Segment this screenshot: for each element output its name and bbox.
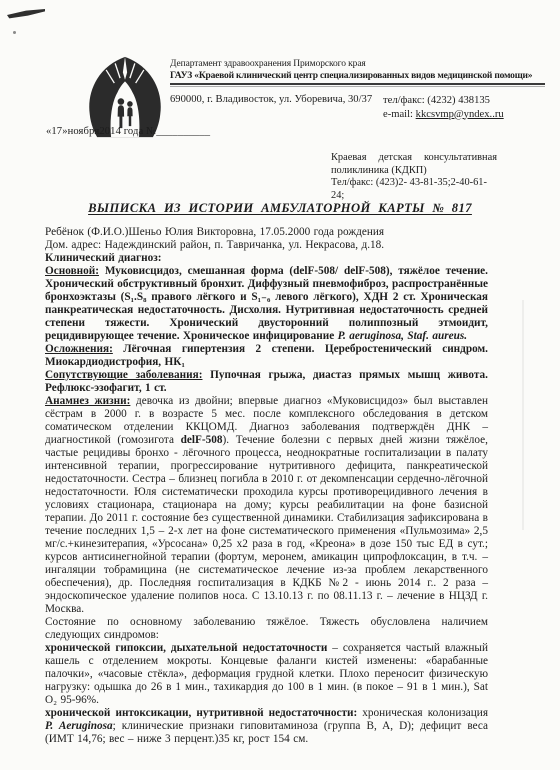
comorbidities-paragraph: Сопутствующие заболевания: Пупочная грыж…: [45, 369, 488, 395]
document-title-text: ВЫПИСКА ИЗ ИСТОРИИ АМБУЛАТОРНОЙ КАРТЫ № …: [88, 201, 472, 215]
organization-contacts: тел/факс: (4232) 438135 e-mail: kkcsvmp@…: [383, 94, 545, 121]
email-address: kkcsvmp@yndex..ru: [416, 109, 504, 120]
email-line: e-mail: kkcsvmp@yndex..ru: [383, 108, 545, 122]
hypoxia-syndrome-paragraph: хронической гипоксии, дыхательной недост…: [45, 642, 488, 707]
intoxication-label: хронической интоксикации, нутритивной не…: [45, 707, 357, 719]
status-intro-text: Состояние по основному заболеванию тяжёл…: [45, 616, 488, 641]
scan-artifact-smudge: [7, 9, 45, 20]
clinic-name-line1: Краевая детская консультативная: [331, 152, 497, 165]
patient-name-text: Ребёнок (Ф.И.О.)Шеньо Юлия Викторовна, 1…: [45, 226, 384, 238]
document-body: Ребёнок (Ф.И.О.)Шеньо Юлия Викторовна, 1…: [45, 226, 488, 746]
clinical-diagnosis-text: Клинический диагноз:: [45, 252, 162, 264]
patient-address-text: Дом. адрес: Надеждинский район, п. Таври…: [45, 239, 384, 251]
clinical-diagnosis-heading: Клинический диагноз:: [45, 252, 488, 265]
anamnesis-paragraph: Анамнез жизни: девочка из двойни; впервы…: [45, 395, 488, 616]
status-intro-paragraph: Состояние по основному заболеванию тяжёл…: [45, 616, 488, 642]
anamnesis-text2: ). Течение болезни с первых дней жизни т…: [45, 434, 488, 615]
organization-name: ГАУЗ «Краевой клинический центр специали…: [170, 71, 545, 81]
scanned-document-page: Департамент здравоохранения Приморского …: [0, 0, 560, 770]
scan-artifact-dot: [13, 31, 16, 34]
letterhead-text: Департамент здравоохранения Приморского …: [170, 56, 545, 138]
clinic-info-block: Краевая детская консультативная поликлин…: [331, 152, 497, 202]
intoxication-syndrome-paragraph: хронической интоксикации, нутритивной не…: [45, 707, 488, 746]
patient-address-line: Дом. адрес: Надеждинский район, п. Таври…: [45, 239, 488, 252]
date-number-line: «17»ноября2014 года №__________: [46, 126, 210, 137]
comorbidities-label: Сопутствующие заболевания:: [45, 369, 202, 381]
letterhead-divider: [170, 83, 545, 87]
phone-fax-line: тел/факс: (4232) 438135: [383, 94, 545, 108]
letterhead-address-row: 690000, г. Владивосток, ул. Уборевича, 3…: [170, 94, 545, 121]
department-name: Департамент здравоохранения Приморского …: [170, 59, 545, 69]
document-title: ВЫПИСКА ИЗ ИСТОРИИ АМБУЛАТОРНОЙ КАРТЫ № …: [0, 199, 560, 217]
complications-label: Осложнения:: [45, 343, 113, 355]
email-label: e-mail:: [383, 109, 416, 120]
patient-name-line: Ребёнок (Ф.И.О.)Шеньо Юлия Викторовна, 1…: [45, 226, 488, 239]
clinic-name-line2: поликлиника (КДКП): [331, 165, 497, 178]
complications-paragraph: Осложнения: Лёгочная гипертензия 2 степе…: [45, 343, 488, 369]
organization-address: 690000, г. Владивосток, ул. Уборевича, 3…: [170, 94, 383, 121]
anamnesis-genotype: delF-508: [181, 434, 223, 446]
intoxication-text1: хроническая колонизация: [357, 707, 488, 719]
anamnesis-label: Анамнез жизни:: [45, 395, 130, 407]
hypoxia-label: хронической гипоксии, дыхательной недост…: [45, 642, 327, 654]
diagnosis-main-pathogens: P. aeruginosa, Staf. aureus.: [338, 330, 467, 342]
diagnosis-main-paragraph: Основной: Муковисцидоз, смешанная форма …: [45, 265, 488, 343]
intoxication-pathogen: P. Aeruginosa: [45, 720, 113, 732]
paper-edge-shadow: [522, 300, 524, 530]
diagnosis-main-label: Основной:: [45, 265, 99, 277]
